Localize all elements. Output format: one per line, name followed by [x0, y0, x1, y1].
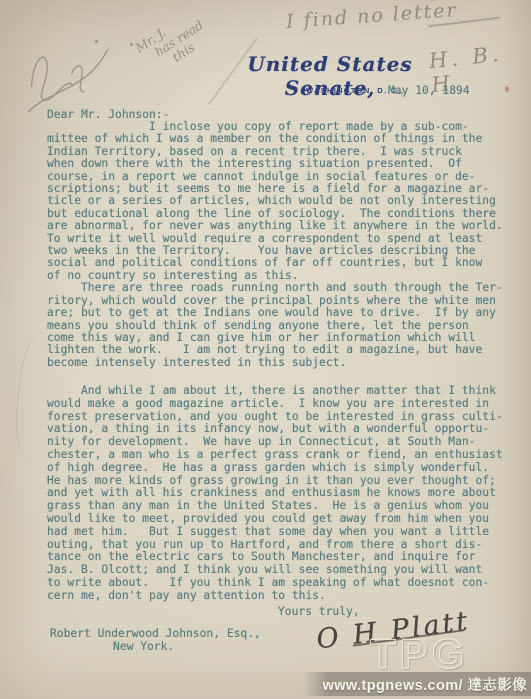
typewritten-line: ticle or a series of articles, which wou… [47, 195, 503, 207]
typewritten-line: are; but to get at the Indians one would… [47, 307, 503, 319]
typewritten-line: are abnormal, for never was anything lik… [47, 220, 503, 232]
typewritten-line: And while I am about it, there is anothe… [47, 385, 503, 398]
typewritten-line: would make a good magazine article. I kn… [47, 398, 503, 411]
typewritten-line: chester, a man who is a perfect grass cr… [47, 449, 503, 462]
closing-line: Yours truly, [278, 605, 360, 618]
typewritten-line: had met him. But I suggest that some day… [47, 526, 503, 539]
typewritten-line: There are three roads running north and … [47, 282, 503, 294]
pencil-note-find: I find no letter [285, 0, 458, 33]
recipient-name: Robert Underwood Johnson, Esq., [50, 627, 261, 640]
typewritten-line: to write about. If you think I am speaki… [47, 577, 503, 590]
typewritten-line: of high degree. He has a grass garden wh… [47, 462, 503, 475]
typewritten-line: when down there with the interesting sit… [47, 158, 503, 170]
watermark-url: www.tpgnews.com/ 達志影像 [323, 674, 527, 695]
typewritten-line: lighten the work. I am not trying to edi… [47, 344, 503, 356]
typewritten-line: social and political conditions of far o… [47, 257, 503, 269]
recipient-city: New York. [113, 640, 174, 653]
typewritten-line: become intensely interested in this subj… [47, 357, 503, 369]
letter-scan: Mr. J. has read this I find no letter H.… [0, 0, 531, 699]
watermark-bar: www.tpgnews.com/ 達志影像 [302, 672, 531, 696]
pencil-note-read: Mr. J. has read this [133, 0, 243, 79]
date-line: May 10, 1894 [388, 84, 470, 97]
typewritten-line: would like to meet, provided you could g… [47, 513, 503, 526]
typewritten-line: mittee of which I was a member on the co… [47, 133, 503, 145]
body-paragraph-3: And while I am about it, there is anothe… [47, 385, 503, 603]
tpg-logo-outline: TPG [370, 630, 468, 677]
typewritten-line: cern me, don't pay any attention to this… [47, 590, 503, 603]
body-paragraphs-1-2: I inclose you copy of report made by a s… [47, 121, 503, 369]
